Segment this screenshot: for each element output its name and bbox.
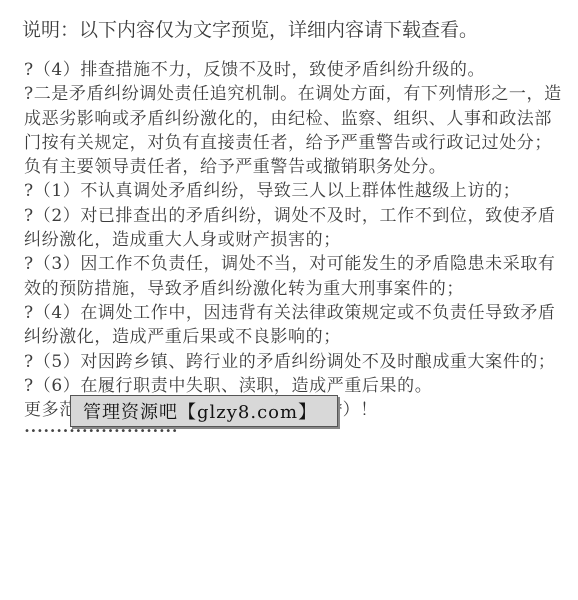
paragraph-item-4: ?（4）在调处工作中，因违背有关法律政策规定或不负责任导致矛盾纠纷激化，造成严重… bbox=[24, 301, 564, 350]
preview-notice: 说明：以下内容仅为文字预览，详细内容请下载查看。 bbox=[22, 16, 478, 44]
paragraph-item-1: ?（1）不认真调处矛盾纠纷，导致三人以上群体性越级上访的； bbox=[24, 179, 564, 203]
document-body: ?（4）排查措施不力，反馈不及时，致使矛盾纠纷升级的。 ?二是矛盾纠纷调处责任追… bbox=[24, 58, 564, 438]
paragraph-item-5: ?（5）对因跨乡镇、跨行业的矛盾纠纷调处不及时酿成重大案件的； bbox=[24, 350, 564, 374]
end-dots-divider: •••••••••••••••••••••••• bbox=[24, 426, 564, 438]
paragraph-item-4-escalation: ?（4）排查措施不力，反馈不及时，致使矛盾纠纷升级的。 bbox=[24, 58, 564, 82]
paragraph-accountability-mechanism: ?二是矛盾纠纷调处责任追究机制。在调处方面，有下列情形之一，造成恶劣影响或矛盾纠… bbox=[24, 82, 564, 179]
paragraph-item-2: ?（2）对已排查出的矛盾纠纷，调处不及时，工作不到位，致使矛盾纠纷激化，造成重大… bbox=[24, 204, 564, 253]
watermark-banner: 管理资源吧【glzy8.com】 bbox=[70, 395, 338, 427]
paragraph-item-3: ?（3）因工作不负责任，调处不当，对可能发生的矛盾隐患未采取有效的预防措施，导致… bbox=[24, 252, 564, 301]
